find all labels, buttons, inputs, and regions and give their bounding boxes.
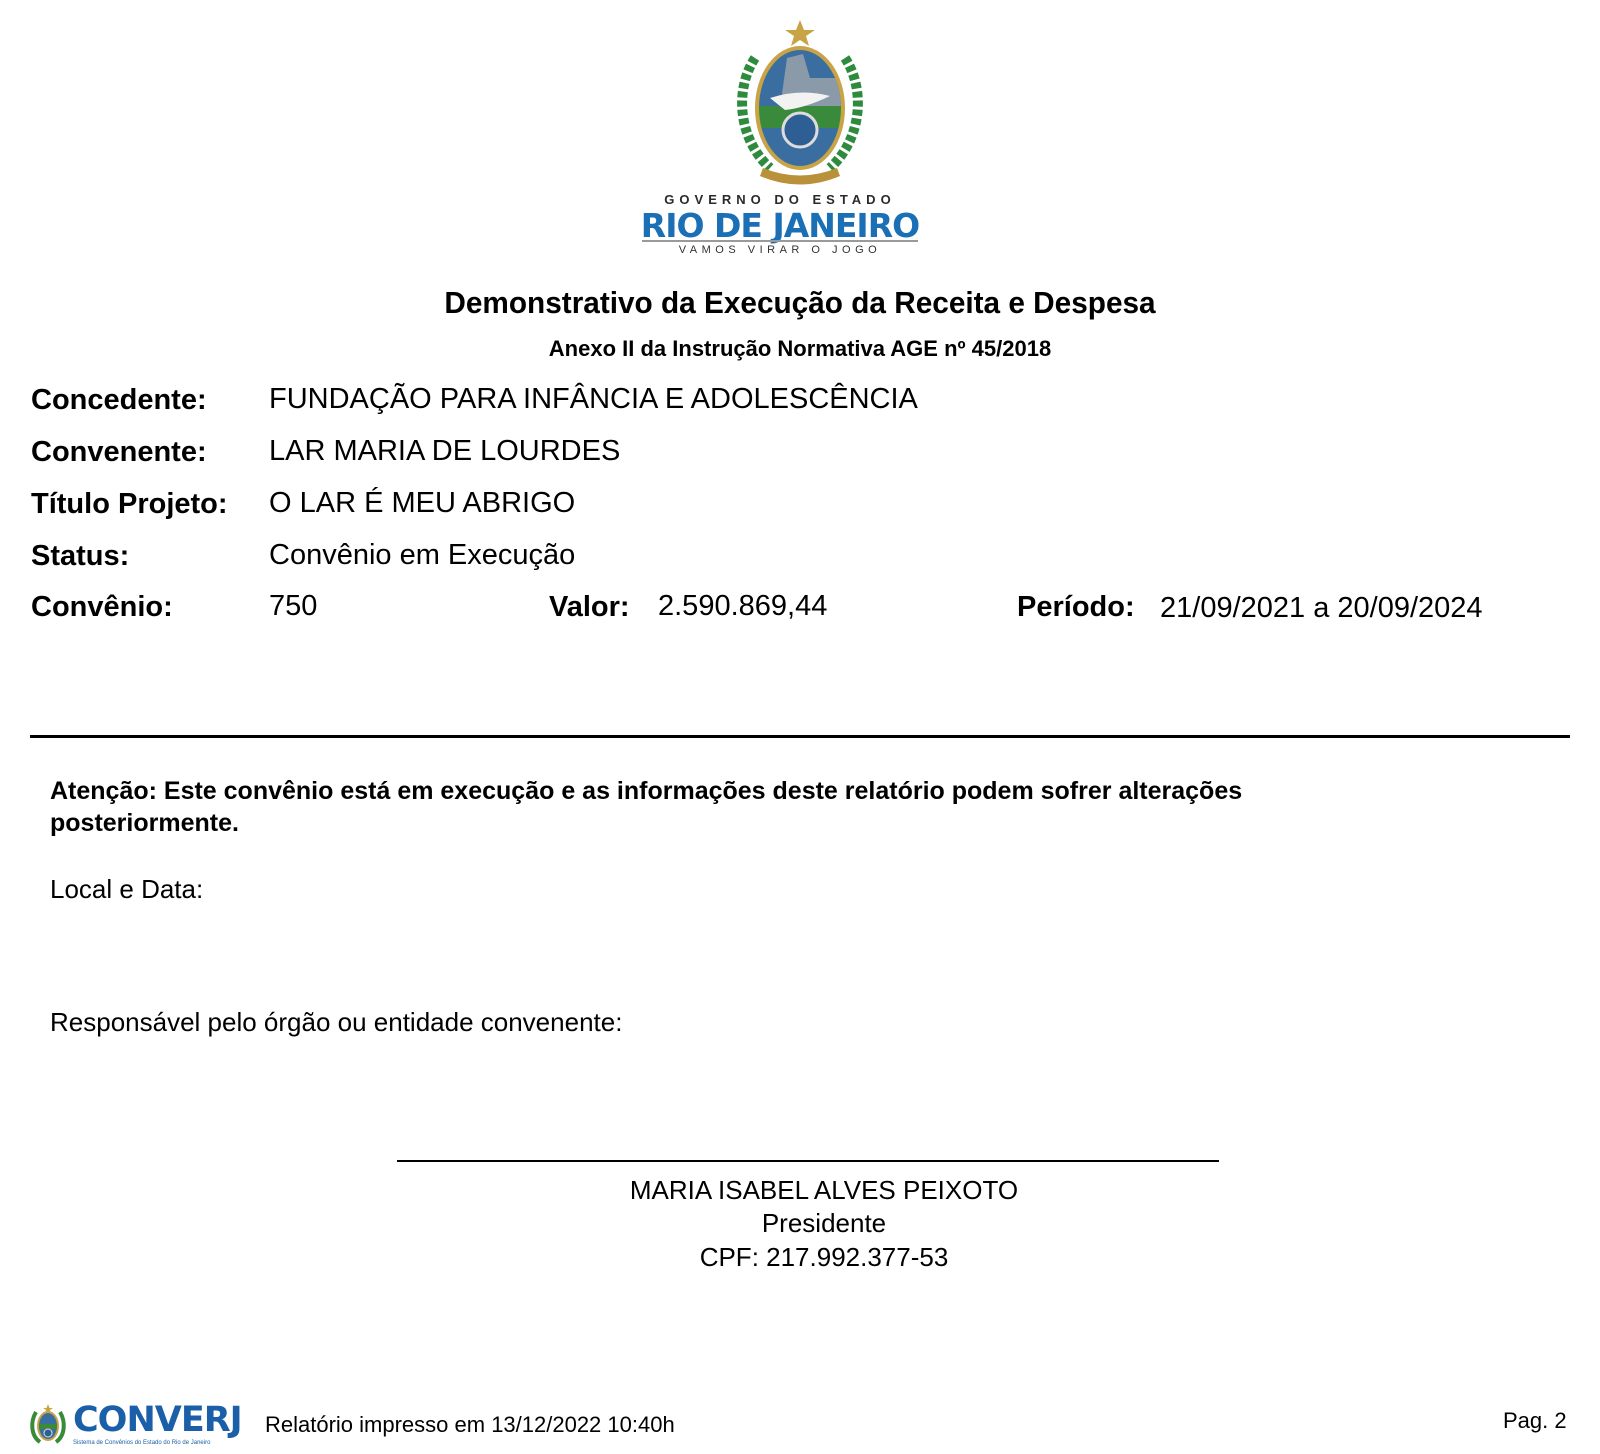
concedente-value: FUNDAÇÃO PARA INFÂNCIA E ADOLESCÊNCIA xyxy=(269,383,918,416)
logo-divider xyxy=(642,240,918,242)
status-value: Convênio em Execução xyxy=(269,539,575,572)
periodo-value: 21/09/2021 a 20/09/2024 xyxy=(1160,592,1483,625)
status-label: Status: xyxy=(31,540,129,573)
convenente-label: Convenente: xyxy=(31,436,207,469)
converj-crest-icon xyxy=(28,1402,68,1446)
titulo-projeto-value: O LAR É MEU ABRIGO xyxy=(269,487,575,520)
converj-logo: CONVERJ Sistema de Convênios do Estado d… xyxy=(28,1400,248,1448)
signatory-name: MARIA ISABEL ALVES PEIXOTO xyxy=(0,1175,1600,1206)
concedente-label: Concedente: xyxy=(31,384,207,417)
titulo-projeto-label: Título Projeto: xyxy=(31,488,228,521)
local-data-label: Local e Data: xyxy=(50,874,203,905)
printed-timestamp: Relatório impresso em 13/12/2022 10:40h xyxy=(265,1412,675,1438)
signature-line xyxy=(397,1160,1219,1162)
page-subtitle: Anexo II da Instrução Normativa AGE nº 4… xyxy=(0,336,1600,362)
valor-label: Valor: xyxy=(549,591,630,624)
periodo-label: Período: xyxy=(1017,591,1135,624)
government-logo: GOVERNO DO ESTADO RIO DE JANEIRO VAMOS V… xyxy=(640,18,920,263)
convenio-value: 750 xyxy=(269,590,317,623)
logo-slogan: VAMOS VIRAR O JOGO xyxy=(640,244,920,256)
logo-line-governo: GOVERNO DO ESTADO xyxy=(640,192,920,207)
valor-value: 2.590.869,44 xyxy=(658,590,827,623)
page-title: Demonstrativo da Execução da Receita e D… xyxy=(32,285,1568,321)
convenente-value: LAR MARIA DE LOURDES xyxy=(269,435,620,468)
convenio-label: Convênio: xyxy=(31,591,173,624)
signatory-role: Presidente xyxy=(0,1208,1600,1239)
responsavel-label: Responsável pelo órgão ou entidade conve… xyxy=(50,1007,622,1038)
page-number: Pag. 2 xyxy=(1503,1408,1567,1434)
execution-warning: Atenção: Este convênio está em execução … xyxy=(50,775,1270,839)
state-coat-of-arms-icon xyxy=(725,18,875,190)
signatory-cpf: CPF: 217.992.377-53 xyxy=(0,1242,1600,1273)
converj-wordmark: CONVERJ xyxy=(73,1400,242,1440)
converj-tagline: Sistema de Convênios do Estado do Rio de… xyxy=(73,1440,210,1446)
section-divider xyxy=(30,735,1570,738)
